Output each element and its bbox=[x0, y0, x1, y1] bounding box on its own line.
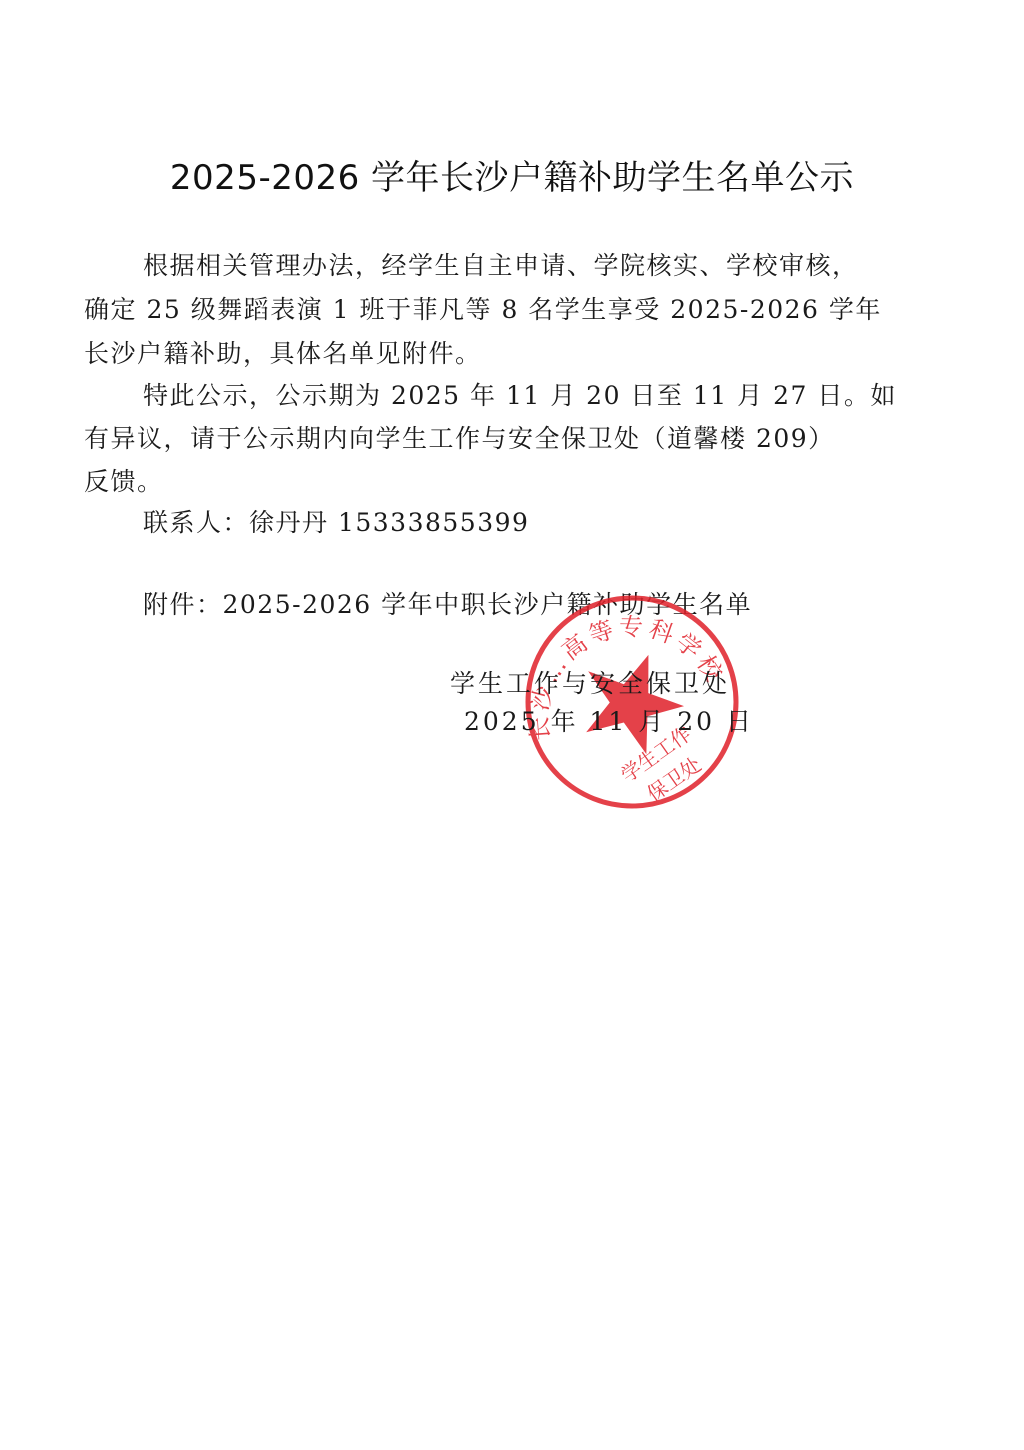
paragraph2-line3: 反馈。 bbox=[84, 462, 164, 498]
paragraph1-line2: 确定 25 级舞蹈表演 1 班于菲凡等 8 名学生享受 2025-2026 学年 bbox=[84, 290, 882, 326]
page-title: 2025-2026 学年长沙户籍补助学生名单公示 bbox=[0, 150, 1024, 199]
paragraph2-line1: 特此公示，公示期为 2025 年 11 月 20 日至 11 月 27 日。如 bbox=[143, 376, 897, 412]
paragraph2-line2: 有异议，请于公示期内向学生工作与安全保卫处（道馨楼 209） bbox=[84, 419, 835, 455]
paragraph1-line1: 根据相关管理办法，经学生自主申请、学院核实、学校审核， bbox=[143, 246, 859, 282]
signature-date: 2025 年 11 月 20 日 bbox=[464, 702, 754, 738]
paragraph1-line3: 长沙户籍补助，具体名单见附件。 bbox=[84, 334, 482, 370]
seal-inner-text-2: 保卫处 bbox=[643, 752, 706, 806]
signature-department: 学生工作与安全保卫处 bbox=[450, 664, 730, 700]
attachment-line: 附件：2025-2026 学年中职长沙户籍补助学生名单 bbox=[143, 585, 752, 621]
contact-line: 联系人：徐丹丹 15333855399 bbox=[143, 503, 529, 539]
